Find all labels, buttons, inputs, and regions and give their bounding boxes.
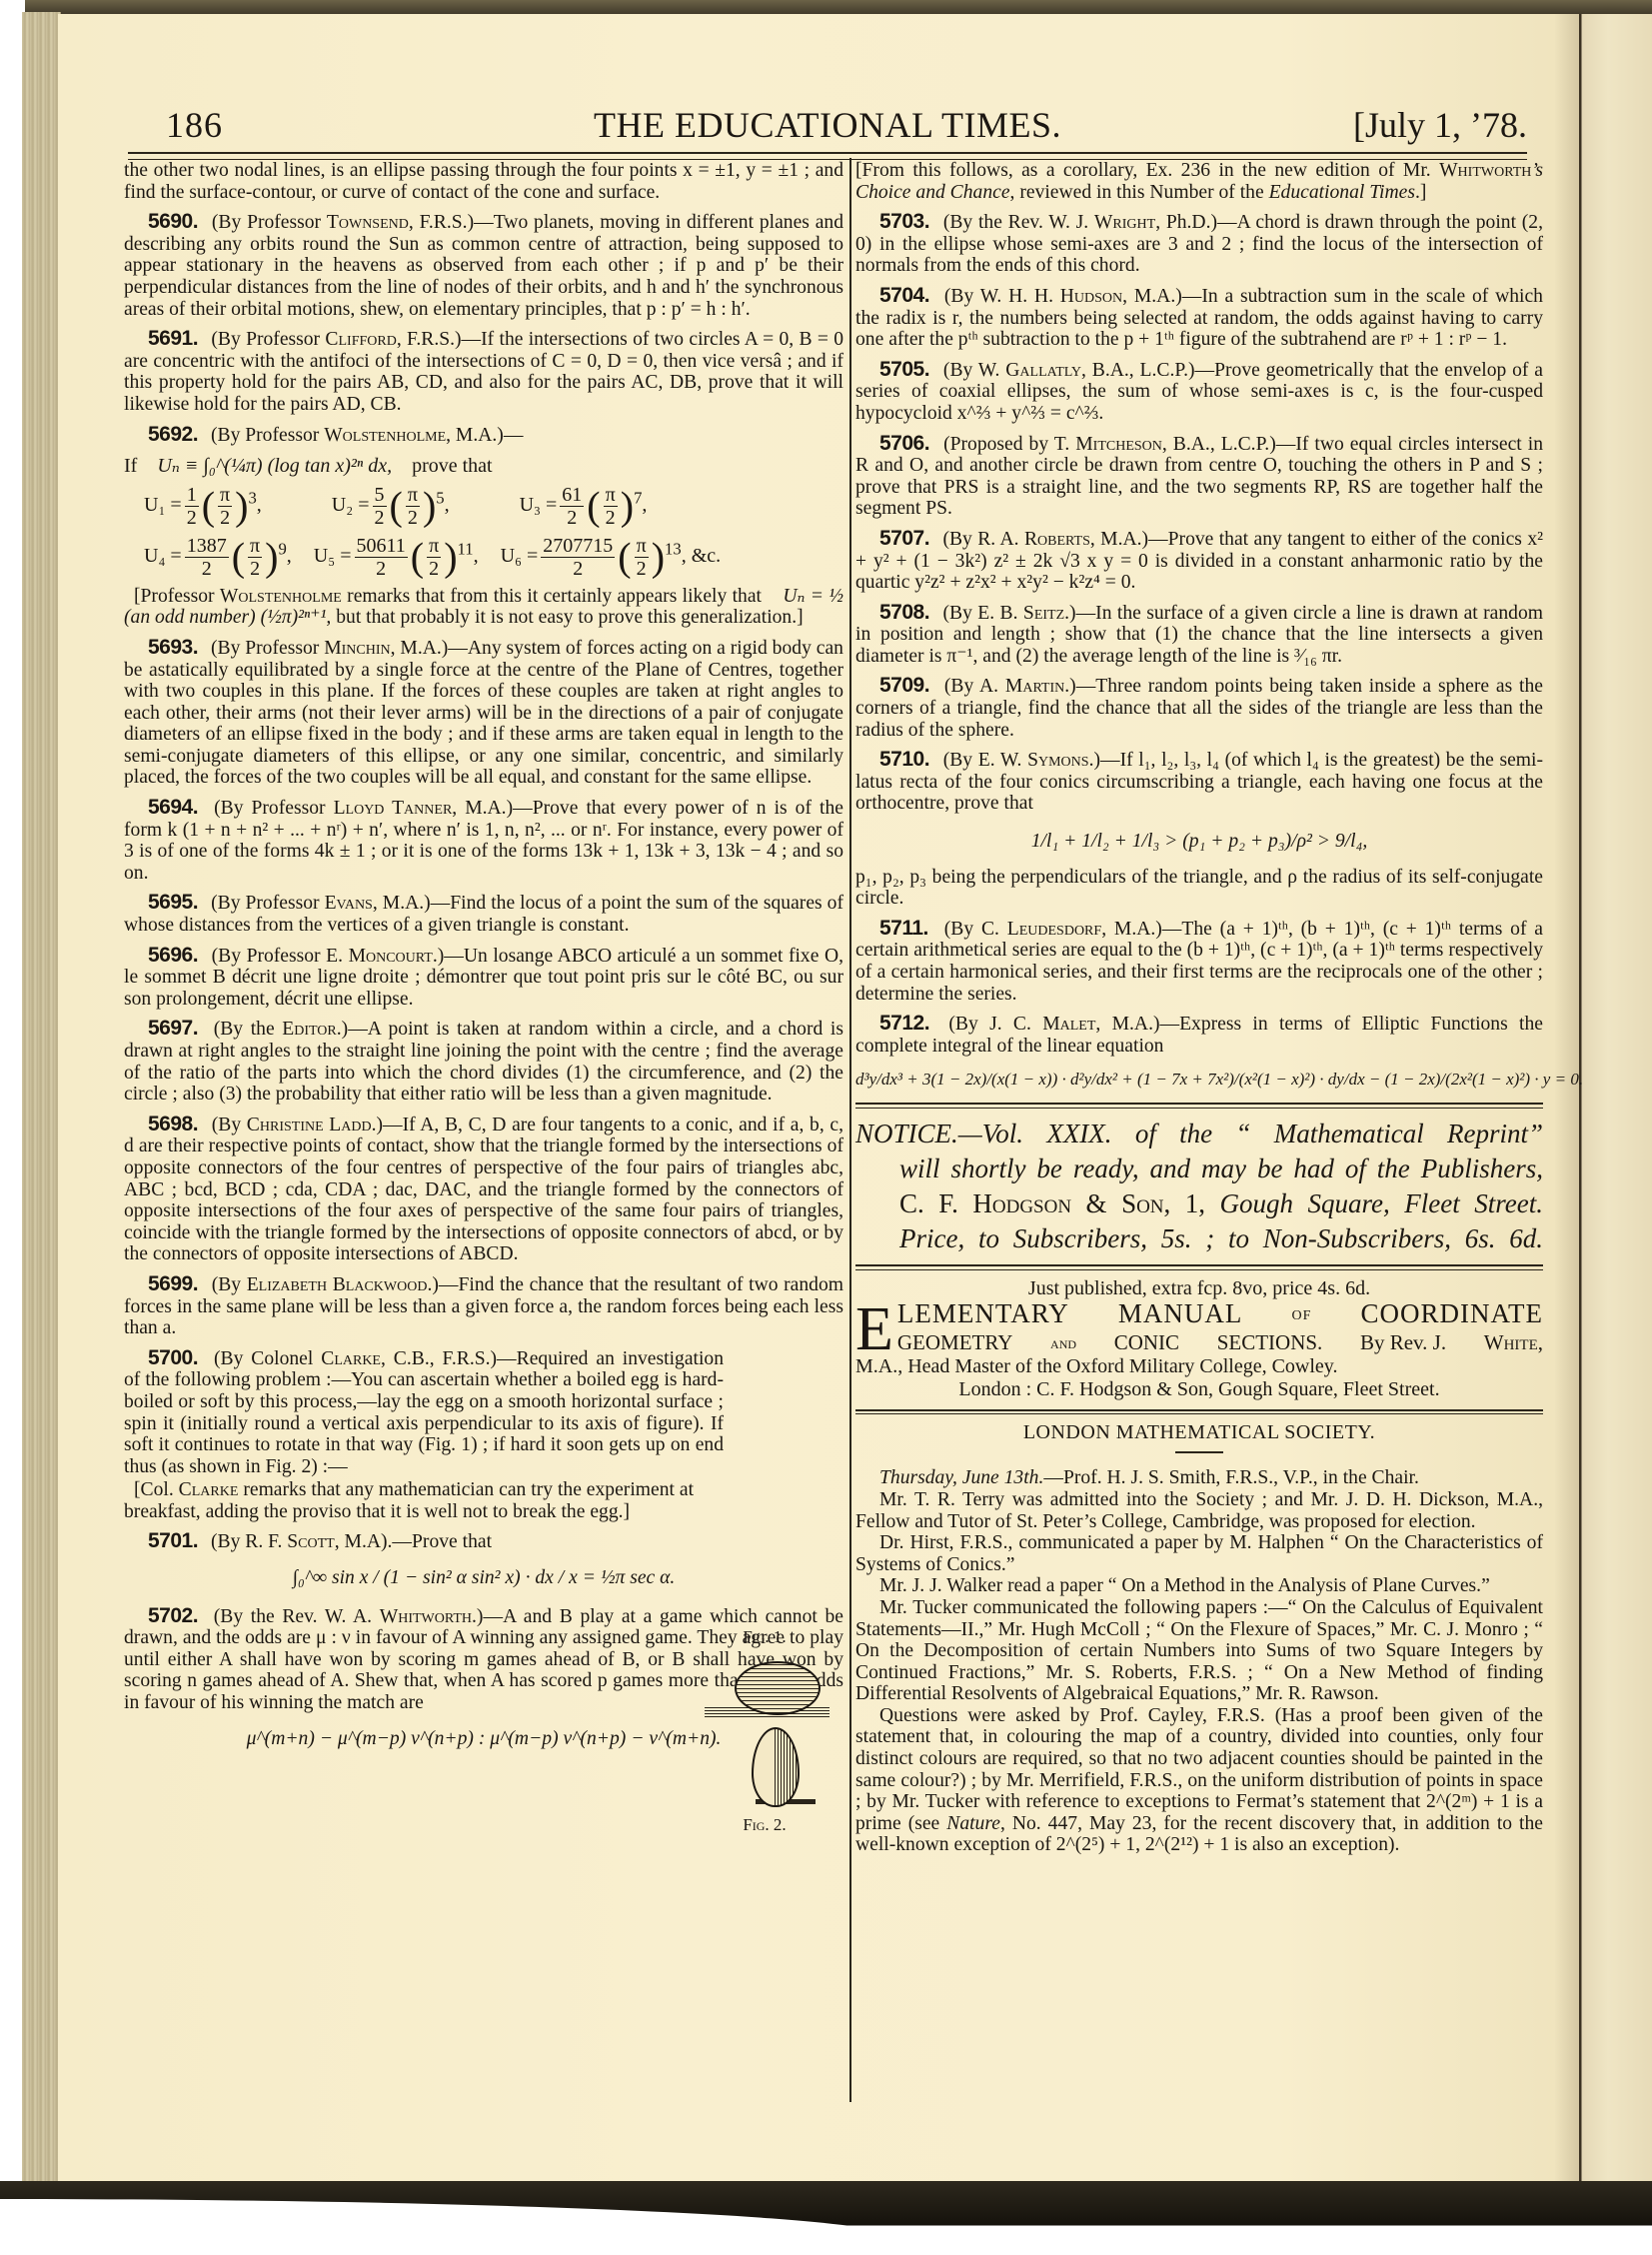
egg-horizontal-illustration [735, 1661, 821, 1715]
fig2-caption: Fig. 2. [690, 1815, 839, 1835]
formula-u1: U₁ =12(π2)3, [144, 484, 262, 529]
question-author: Lloyd Tanner [334, 798, 453, 819]
ad-intro: Just published, extra fcp. 8vo, price 4s… [855, 1278, 1543, 1300]
formula: Uₙ ≡ ∫₀^(¼π) (log tan x)²ⁿ dx, [157, 456, 392, 478]
minutes-paragraph: Thursday, June 13th.—Prof. H. J. S. Smit… [855, 1467, 1543, 1489]
q5692-definition: If Uₙ ≡ ∫₀^(¼π) (log tan x)²ⁿ dx, prove … [124, 456, 843, 478]
section-rule [855, 1103, 1543, 1109]
question-5701: 5701. (By R. F. Scott, M.A).—Prove that [124, 1530, 843, 1553]
question-author: Christine Ladd [247, 1115, 372, 1135]
question-author: Martin [1005, 676, 1064, 697]
question-number: 5709. [879, 674, 929, 697]
question-number: 5710. [879, 748, 929, 771]
question-author: Seitz [1023, 603, 1064, 624]
notice-line-2: will shortly be ready, and may be had of… [855, 1151, 1543, 1186]
notice-line-1: NOTICE.—Vol. XXIX. of the “ Mathematical… [855, 1117, 1543, 1151]
question-number: 5700. [148, 1346, 198, 1369]
question-author: Mitcheson [1075, 434, 1162, 455]
left-column: the other two nodal lines, is an ellipse… [124, 160, 843, 1755]
question-author: Elizabeth Blackwood [247, 1274, 428, 1295]
question-number: 5701. [148, 1529, 198, 1552]
minutes-paragraph: Dr. Hirst, F.R.S., communicated a paper … [855, 1532, 1543, 1575]
egg-upright-illustration [752, 1727, 800, 1807]
q5692-values-row2: U₄ =13872(π2)9, U₅ =506112(π2)11, U₆ =27… [124, 535, 843, 580]
editorial-note: [From this follows, as a corollary, Ex. … [855, 160, 1543, 203]
formula-u6: U₆ =27077152(π2)13, &c. [501, 535, 722, 580]
question-number: 5698. [148, 1113, 198, 1135]
formula-u3: U₃ =612(π2)7, [520, 484, 648, 529]
question-author: Clarke [321, 1348, 381, 1369]
question-number: 5708. [879, 601, 929, 624]
section-rule [855, 1264, 1543, 1270]
spine-shadow [1554, 14, 1579, 2183]
question-author: Roberts [1024, 529, 1090, 550]
question-5698: 5698. (By Christine Ladd.)—If A, B, C, D… [124, 1114, 843, 1265]
formula-u4: U₄ =13872(π2)9, [144, 535, 292, 580]
minutes-paragraph: Mr. T. R. Terry was admitted into the So… [855, 1489, 1543, 1532]
question-5708: 5708. (By E. B. Seitz.)—In the surface o… [855, 602, 1543, 668]
question-author: Leudesdorf [1007, 919, 1101, 940]
question-number: 5702. [148, 1604, 198, 1627]
question-5709: 5709. (By A. Martin.)—Three random point… [855, 675, 1543, 741]
question-5696: 5696. (By Professor E. Moncourt.)—Un los… [124, 945, 843, 1011]
question-text: Any system of forces acting on a rigid b… [124, 638, 843, 789]
book-advertisement: Just published, extra fcp. 8vo, price 4s… [855, 1278, 1543, 1401]
notice-mathematical-reprint: NOTICE.—Vol. XXIX. of the “ Mathematical… [855, 1117, 1543, 1256]
question-author: Minchin [324, 638, 390, 659]
question-number: 5711. [879, 917, 928, 940]
question-number: 5705. [879, 358, 929, 381]
question-number: 5694. [148, 796, 198, 819]
question-author: Evans [325, 893, 373, 914]
facing-page-edge [1579, 14, 1652, 2183]
question-number: 5699. [148, 1272, 198, 1295]
q5710-formula: 1/l₁ + 1/l₂ + 1/l₃ > (p₁ + p₂ + p₃)/ρ² >… [855, 831, 1543, 853]
question-number: 5690. [148, 210, 198, 233]
notice-line-4: Price, to Subscribers, 5s. ; to Non-Subs… [855, 1221, 1543, 1256]
question-author: Clifford [325, 329, 396, 350]
question-text: If A, B, C, D are four tangents to a con… [124, 1115, 843, 1265]
question-number: 5706. [879, 432, 929, 455]
header-rule [128, 152, 1527, 160]
formula-u5: U₅ =506112(π2)11, [314, 535, 479, 580]
question-5699: 5699. (By Elizabeth Blackwood.)—Find the… [124, 1273, 843, 1339]
q5701-formula: ∫₀^∞ sin x / (1 − sin² α sin² x) · dx / … [124, 1567, 843, 1589]
question-author: Wright [1094, 212, 1155, 233]
question-5692: 5692. (By Professor Wolstenholme, M.A.)— [124, 424, 843, 447]
book-page-edges [22, 12, 61, 2181]
q5700-remark: [Col. Clarke remarks that any mathematic… [124, 1479, 694, 1522]
q5712-formula: d³y/dx³ + 3(1 − 2x)/(x(1 − x)) · d²y/dx²… [855, 1069, 1543, 1091]
ad-author-line: M.A., Head Master of the Oxford Military… [855, 1356, 1543, 1378]
continuation-text: the other two nodal lines, is an ellipse… [124, 160, 843, 203]
society-heading: LONDON MATHEMATICAL SOCIETY. [855, 1422, 1543, 1444]
ad-title: E LEMENTARY MANUAL of COORDINATE GEOMETR… [855, 1300, 1543, 1356]
society-minutes: Thursday, June 13th.—Prof. H. J. S. Smit… [855, 1467, 1543, 1856]
question-5697: 5697. (By the Editor.)—A point is taken … [124, 1018, 843, 1105]
question-author: Wolstenholme [324, 425, 446, 446]
drop-cap: E [855, 1302, 893, 1356]
question-author: Townsend [327, 212, 409, 233]
question-number: 5696. [148, 944, 198, 967]
question-5703: 5703. (By the Rev. W. J. Wright, Ph.D.)—… [855, 211, 1543, 277]
question-5694: 5694. (By Professor Lloyd Tanner, M.A.)—… [124, 797, 843, 884]
ad-publisher: London : C. F. Hodgson & Son, Gough Squa… [855, 1379, 1543, 1401]
minutes-paragraph: Mr. Tucker communicated the following pa… [855, 1597, 1543, 1705]
question-number: 5704. [879, 284, 929, 307]
question-5690: 5690. (By Professor Townsend, F.R.S.)—Tw… [124, 211, 843, 320]
question-number: 5692. [148, 423, 198, 446]
question-number: 5697. [148, 1017, 198, 1040]
question-author: Editor [282, 1019, 337, 1040]
question-5707: 5707. (By R. A. Roberts, M.A.)—Prove tha… [855, 528, 1543, 594]
question-number: 5693. [148, 636, 198, 659]
question-number: 5691. [148, 327, 198, 350]
question-5700: 5700. (By Colonel Clarke, C.B., F.R.S.)—… [124, 1347, 724, 1478]
q5692-values-row1: U₁ =12(π2)3, U₂ =52(π2)5, U₃ =612(π2)7, [124, 484, 843, 529]
question-5693: 5693. (By Professor Minchin, M.A.)—Any s… [124, 637, 843, 789]
column-divider [849, 158, 851, 2102]
question-author: Gallatly [1005, 360, 1081, 381]
journal-title: THE EDUCATIONAL TIMES. [128, 104, 1527, 146]
question-text: Prove that [412, 1531, 492, 1552]
egg-figures: Fig. 1. Fig. 2. [690, 1619, 839, 1849]
question-number: 5695. [148, 891, 198, 914]
question-author: Symons [1027, 750, 1088, 771]
question-author: Malet [1042, 1014, 1095, 1035]
fig1-caption: Fig. 1. [690, 1627, 839, 1647]
issue-date: [July 1, ’78. [1353, 104, 1527, 146]
question-author: Hudson [1060, 286, 1122, 307]
question-number: 5712. [879, 1012, 929, 1035]
formula-u2: U₂ =52(π2)5, [332, 484, 450, 529]
question-5711: 5711. (By C. Leudesdorf, M.A.)—The (a + … [855, 918, 1543, 1005]
question-5710: 5710. (By E. W. Symons.)—If l₁, l₂, l₃, … [855, 749, 1543, 815]
minutes-paragraph: Mr. J. J. Walker read a paper “ On a Met… [855, 1575, 1543, 1597]
question-5712: 5712. (By J. C. Malet, M.A.)—Express in … [855, 1013, 1543, 1057]
minutes-paragraph: Questions were asked by Prof. Cayley, F.… [855, 1705, 1543, 1856]
question-5706: 5706. (Proposed by T. Mitcheson, B.A., L… [855, 433, 1543, 520]
question-5695: 5695. (By Professor Evans, M.A.)—Find th… [124, 892, 843, 936]
question-author: Whitworth [380, 1606, 472, 1627]
notice-line-3: C. F. Hodgson & Son, 1, Gough Square, Fl… [855, 1186, 1543, 1221]
q5692-remark: [Professor Wolstenholme remarks that fro… [124, 586, 843, 629]
q5710-continuation: p₁, p₂, p₃ being the perpendiculars of t… [855, 867, 1543, 910]
question-number: 5707. [879, 527, 929, 550]
question-author: Scott [287, 1531, 334, 1552]
heading-rule [1175, 1451, 1223, 1453]
page-header: 186 THE EDUCATIONAL TIMES. [July 1, ’78. [128, 104, 1527, 154]
question-5705: 5705. (By W. Gallatly, B.A., L.C.P.)—Pro… [855, 359, 1543, 425]
question-number: 5703. [879, 210, 929, 233]
section-rule [855, 1409, 1543, 1414]
question-5691: 5691. (By Professor Clifford, F.R.S.)—If… [124, 328, 843, 415]
question-author: Moncourt [349, 946, 433, 967]
right-column: [From this follows, as a corollary, Ex. … [855, 160, 1543, 1856]
question-5704: 5704. (By W. H. H. Hudson, M.A.)—In a su… [855, 285, 1543, 351]
